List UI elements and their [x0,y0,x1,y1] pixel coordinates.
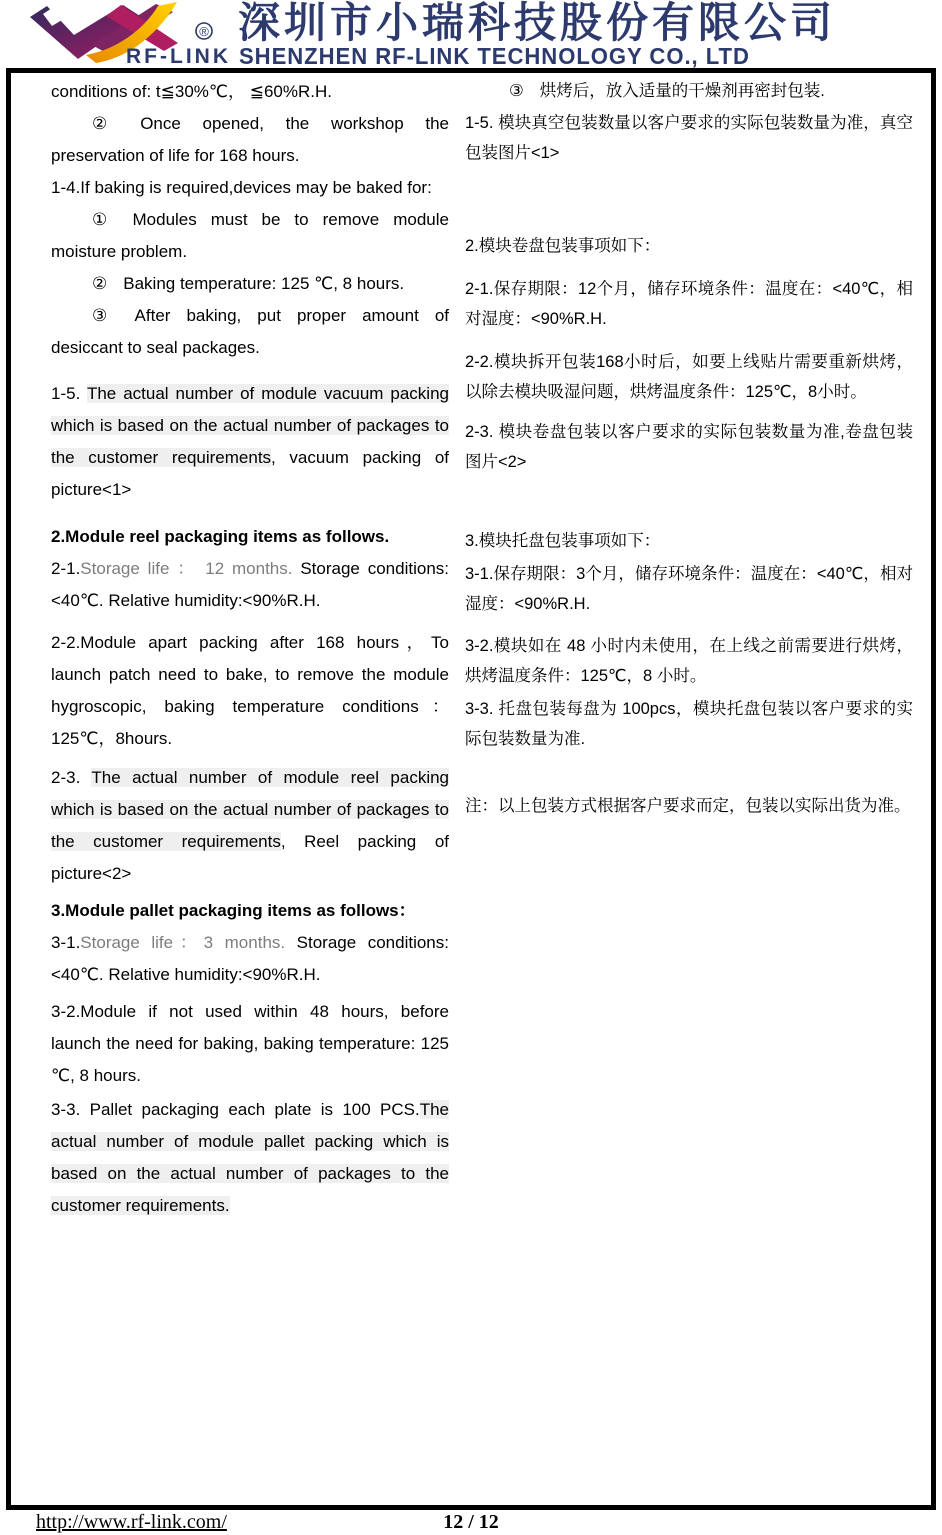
paragraph-2-2-apart-packing: 2-2.Module apart packing after 168 hours… [51,627,449,755]
heading-3-module-pallet: 3.Module pallet packaging items as follo… [51,895,449,927]
paragraph-text: 3-3. Pallet packaging each plate is 100 … [51,1100,420,1119]
paragraph-cn-1-5-vacuum: 1-5. 模块真空包装数量以客户要求的实际包装数量为准，真空包装图片<1> [465,108,913,168]
paragraph-cn-after-baking: ③烘烤后，放入适量的干燥剂再密封包装. [465,76,913,106]
paragraph-cn-3-2-bake: 3-2.模块如在 48 小时内未使用，在上线之前需要进行烘烤，烘烤温度条件：12… [465,631,913,691]
paragraph-cn-3-1-storage: 3-1.保存期限：3个月，储存环境条件：温度在：<40℃，相对湿度：<90%R.… [465,559,913,619]
spacer [465,168,913,231]
heading-cn-3-pallet: 3.模块托盘包装事项如下： [465,526,913,556]
paragraph-2-3-reel-packing: 2-3. The actual number of module reel pa… [51,762,449,890]
paragraph-text: 烘烤后，放入适量的干燥剂再密封包装. [540,82,825,100]
item-label: 2-1. [51,559,80,578]
left-column-english: conditions of: t≦30%℃， ≦60%R.H. ②Once op… [51,76,449,1505]
paragraph-cn-2-3-reel-packing: 2-3. 模块卷盘包装以客户要求的实际包装数量为准,卷盘包装图片<2> [465,417,913,477]
paragraph-3-1-storage: 3-1.Storage life：3 months. Storage condi… [51,927,449,991]
right-column-chinese: ③烘烤后，放入适量的干燥剂再密封包装. 1-5. 模块真空包装数量以客户要求的实… [465,76,913,1505]
spacer [465,477,913,526]
paragraph-modules-remove: ①Modules must be to remove module moistu… [51,204,449,268]
paragraph-once-opened: ②Once opened, the workshop the preservat… [51,108,449,172]
paragraph-1-4-baking: 1-4.If baking is required,devices may be… [51,172,449,204]
document-body-frame: conditions of: t≦30%℃， ≦60%R.H. ②Once op… [6,68,936,1510]
spacer [465,754,913,791]
muted-text: Storage life：3 months. [80,933,285,952]
paragraph-text: Baking temperature: 125 ℃, 8 hours. [123,274,404,293]
paragraph-baking-temperature: ②Baking temperature: 125 ℃, 8 hours. [51,268,449,300]
paragraph-1-5-vacuum-packing: 1-5. The actual number of module vacuum … [51,378,449,506]
rf-link-logo-icon: ® RF-LINK [26,1,231,67]
muted-text: Storage life ： 12 months. [80,559,292,578]
company-name-chinese: 深圳市小瑞科技股份有限公司 [238,0,836,46]
paragraph-cn-3-3-pallet: 3-3. 托盘包装每盘为 100pcs，模块托盘包装以客户要求的实际包装数量为准… [465,694,913,754]
item-label: 3-1. [51,933,80,952]
paragraph-3-2-not-used: 3-2.Module if not used within 48 hours, … [51,996,449,1092]
circled-number-3: ③ [92,306,135,325]
page-header: ® RF-LINK 深圳市小瑞科技股份有限公司 SHENZHEN RF-LINK… [0,0,942,68]
paragraph-3-3-pallet-packing: 3-3. Pallet packaging each plate is 100 … [51,1094,449,1222]
page-footer: 12 / 12 http://www.rf-link.com/ [0,1510,942,1535]
paragraph-cn-2-1-storage: 2-1.保存期限：12个月，储存环境条件：温度在：<40℃，相对湿度：<90%R… [465,274,913,334]
company-name-english: SHENZHEN RF-LINK TECHNOLOGY CO., LTD [239,44,750,68]
website-link[interactable]: http://www.rf-link.com/ [36,1511,227,1534]
two-column-layout: conditions of: t≦30%℃， ≦60%R.H. ②Once op… [11,73,931,1505]
circled-number-1: ① [92,210,133,229]
item-label: 1-5. [51,384,80,403]
paragraph-2-1-storage: 2-1.Storage life ： 12 months. Storage co… [51,553,449,617]
heading-cn-2-reel: 2.模块卷盘包装事项如下： [465,231,913,261]
circled-number-2: ② [92,274,123,293]
item-label: 2-3. [51,768,80,787]
circled-number-3: ③ [509,82,540,100]
heading-2-module-reel: 2.Module reel packaging items as follows… [51,521,449,553]
logo-wordmark: RF-LINK [126,45,231,67]
circled-number-2: ② [92,114,140,133]
paragraph-cn-2-2-rebake: 2-2.模块拆开包装168小时后，如要上线贴片需要重新烘烤，以除去模块吸湿问题，… [465,347,913,407]
paragraph-after-baking: ③After baking, put proper amount of desi… [51,300,449,364]
registered-mark: ® [199,24,209,39]
paragraph-cn-note: 注：以上包装方式根据客户要求而定，包装以实际出货为准。 [465,791,913,821]
paragraph-storage-conditions: conditions of: t≦30%℃， ≦60%R.H. [51,76,449,108]
